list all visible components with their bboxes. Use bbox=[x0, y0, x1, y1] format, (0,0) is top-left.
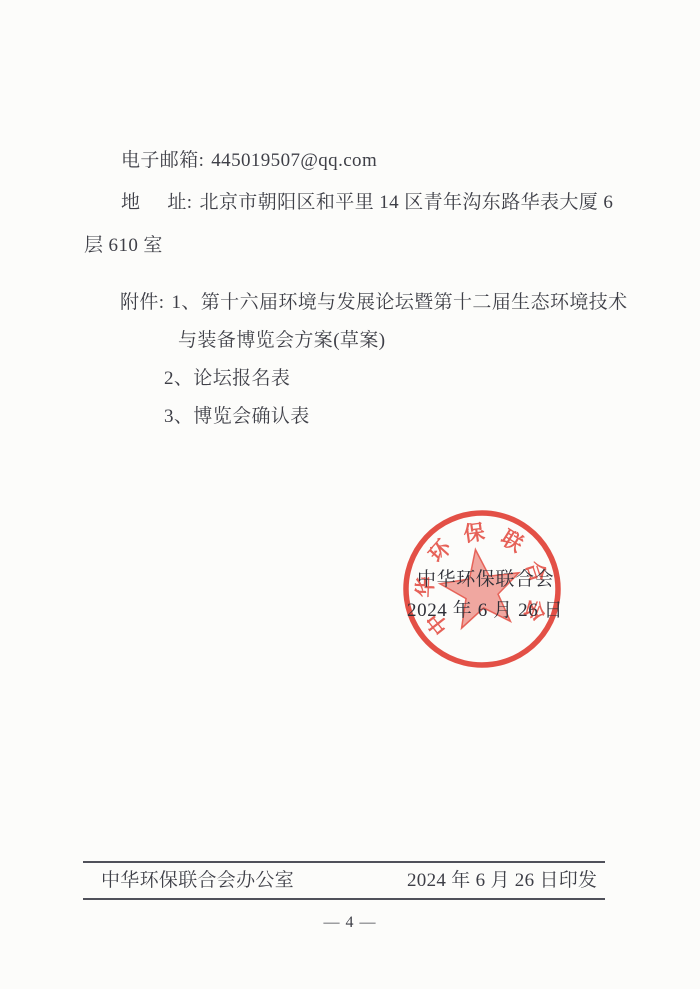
svg-text:联: 联 bbox=[497, 525, 528, 556]
attachments-label: 附件: bbox=[120, 292, 164, 313]
email-value: 445019507@qq.com bbox=[211, 150, 377, 171]
address-label-second: 址: bbox=[167, 192, 192, 213]
address-value-line2: 层 610 室 bbox=[84, 235, 163, 257]
footer-rule-top bbox=[83, 861, 605, 863]
email-label: 电子邮箱: bbox=[121, 150, 204, 171]
attachments-first-line: 附件:1、第十六届环境与发展论坛暨第十二届生态环境技术 bbox=[120, 292, 628, 314]
address-label-first: 地 bbox=[121, 192, 140, 213]
page-number: — 4 — bbox=[0, 914, 700, 932]
email-line: 电子邮箱:445019507@qq.com bbox=[121, 150, 377, 172]
svg-text:环: 环 bbox=[424, 535, 457, 567]
footer-issuer: 中华环保联合会办公室 bbox=[101, 871, 294, 890]
footer-rule-bottom bbox=[83, 898, 605, 900]
address-value-line1: 北京市朝阳区和平里 14 区青年沟东路华表大厦 6 bbox=[200, 192, 614, 213]
attachment-item-3: 3、博览会确认表 bbox=[164, 406, 310, 428]
footer-print-date: 2024 年 6 月 26 日印发 bbox=[407, 871, 597, 890]
attachment-item-1-line-1: 1、第十六届环境与发展论坛暨第十二届生态环境技术 bbox=[171, 292, 627, 313]
signature-date: 2024 年 6 月 26 日 bbox=[407, 601, 563, 620]
address-line: 地址:北京市朝阳区和平里 14 区青年沟东路华表大厦 6 bbox=[121, 192, 613, 214]
svg-text:保: 保 bbox=[462, 520, 486, 547]
signature-organization: 中华环保联合会 bbox=[417, 570, 554, 589]
attachment-item-2: 2、论坛报名表 bbox=[164, 368, 290, 390]
document-page: 电子邮箱:445019507@qq.com 地址:北京市朝阳区和平里 14 区青… bbox=[0, 0, 700, 989]
attachment-item-1-line-2: 与装备博览会方案(草案) bbox=[178, 330, 385, 352]
